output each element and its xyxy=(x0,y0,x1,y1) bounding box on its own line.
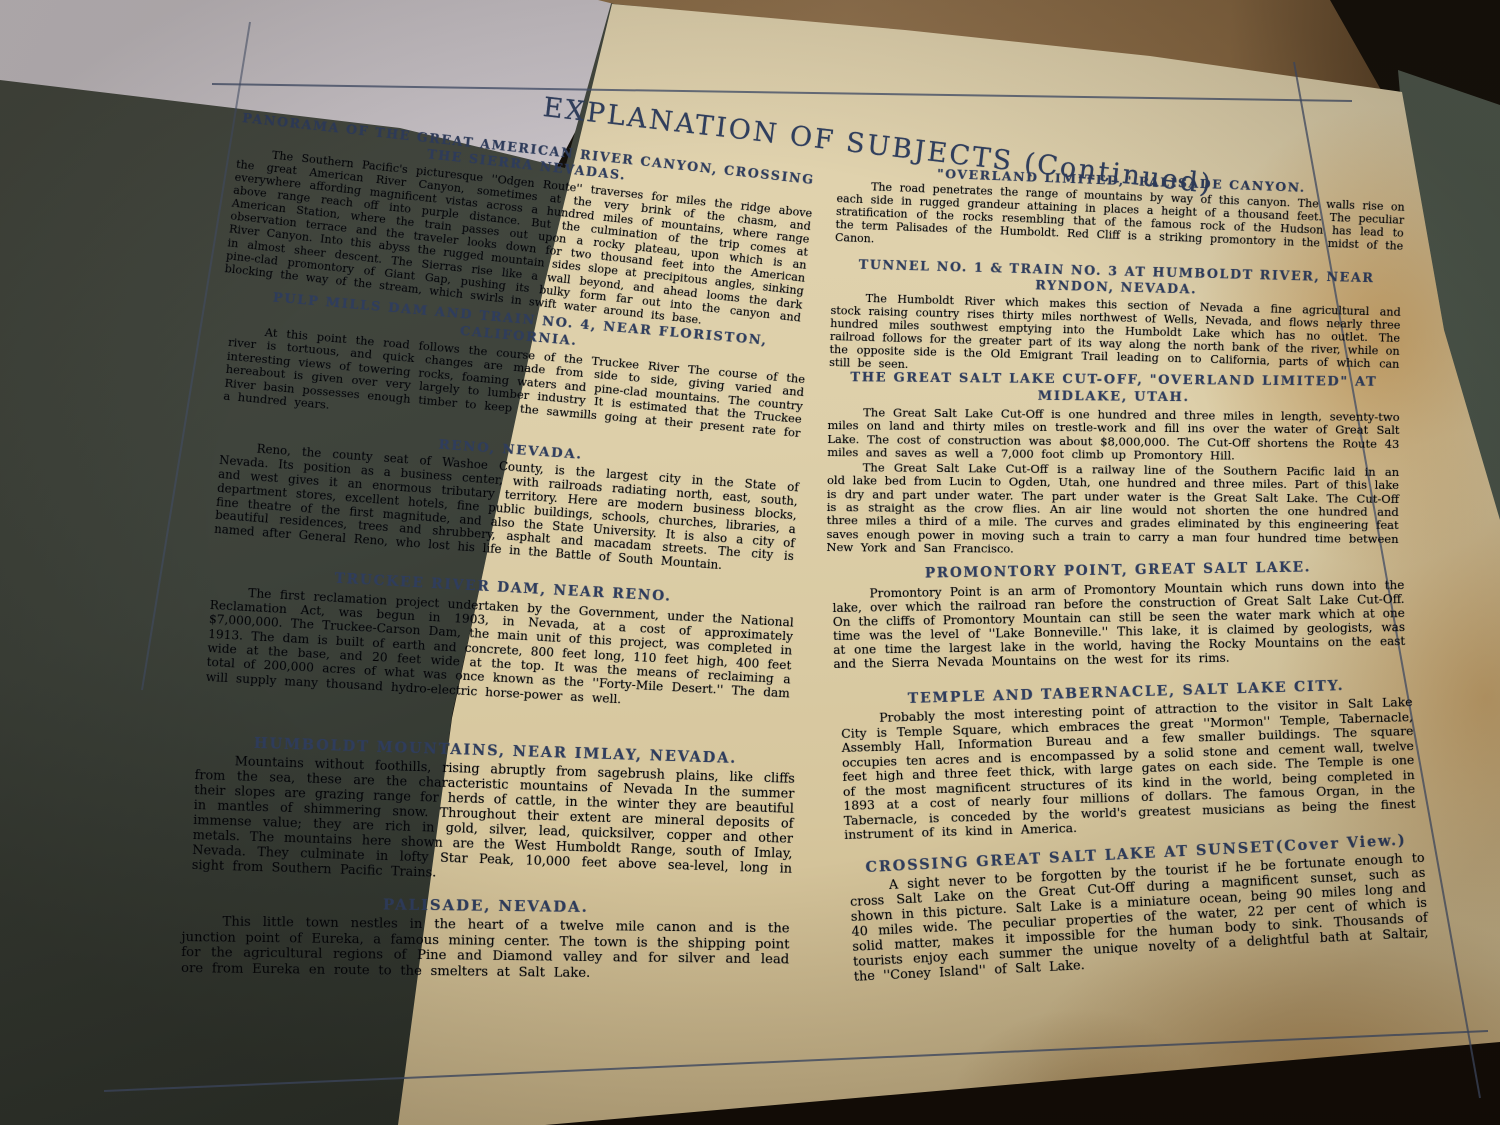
section-overland-limited-palisade-canyon: "OVERLAND LIMITED," PALISADE CANYON. The… xyxy=(835,162,1406,266)
section-palisade: PALISADE, NEVADA. This little town nestl… xyxy=(181,893,790,984)
section-paragraph: Mountains without foothills, rising abru… xyxy=(192,754,795,893)
section-crossing-great-salt-lake: CROSSING GREAT SALT LAKE AT SUNSET(Cover… xyxy=(848,831,1430,986)
photo-of-book-page: { "colors":{"ink":"#35425f","paper":"#dc… xyxy=(0,0,1500,1125)
frame-bottom-line xyxy=(104,1031,1488,1091)
section-great-salt-lake-cutoff: THE GREAT SALT LAKE CUT-OFF, "OVERLAND L… xyxy=(826,370,1400,560)
section-paragraph: Promontory Point is an arm of Promontory… xyxy=(832,578,1405,671)
section-humboldt-mountains: HUMBOLDT MOUNTAINS, NEAR IMLAY, NEVADA. … xyxy=(192,733,796,892)
section-heading: THE GREAT SALT LAKE CUT-OFF, "OVERLAND L… xyxy=(828,370,1400,409)
section-paragraph: The Great Salt Lake Cut-Off is a railway… xyxy=(826,461,1399,560)
section-promontory-point: PROMONTORY POINT, GREAT SALT LAKE. Promo… xyxy=(832,558,1406,671)
section-paragraph: Probably the most interesting point of a… xyxy=(841,695,1417,842)
section-paragraph: The Great Salt Lake Cut-Off is one hundr… xyxy=(827,406,1399,465)
section-paragraph: This little town nestles in the heart of… xyxy=(181,914,790,983)
section-tunnel-no1-humboldt-river: TUNNEL NO. 1 & TRAIN NO. 3 AT HUMBOLDT R… xyxy=(829,256,1402,384)
section-temple-tabernacle: TEMPLE AND TABERNACLE, SALT LAKE CITY. P… xyxy=(840,675,1416,843)
frame-top-line xyxy=(212,84,1352,101)
section-truckee-river-dam: TRUCKEE RIVER DAM, NEAR RENO. The first … xyxy=(206,564,796,715)
